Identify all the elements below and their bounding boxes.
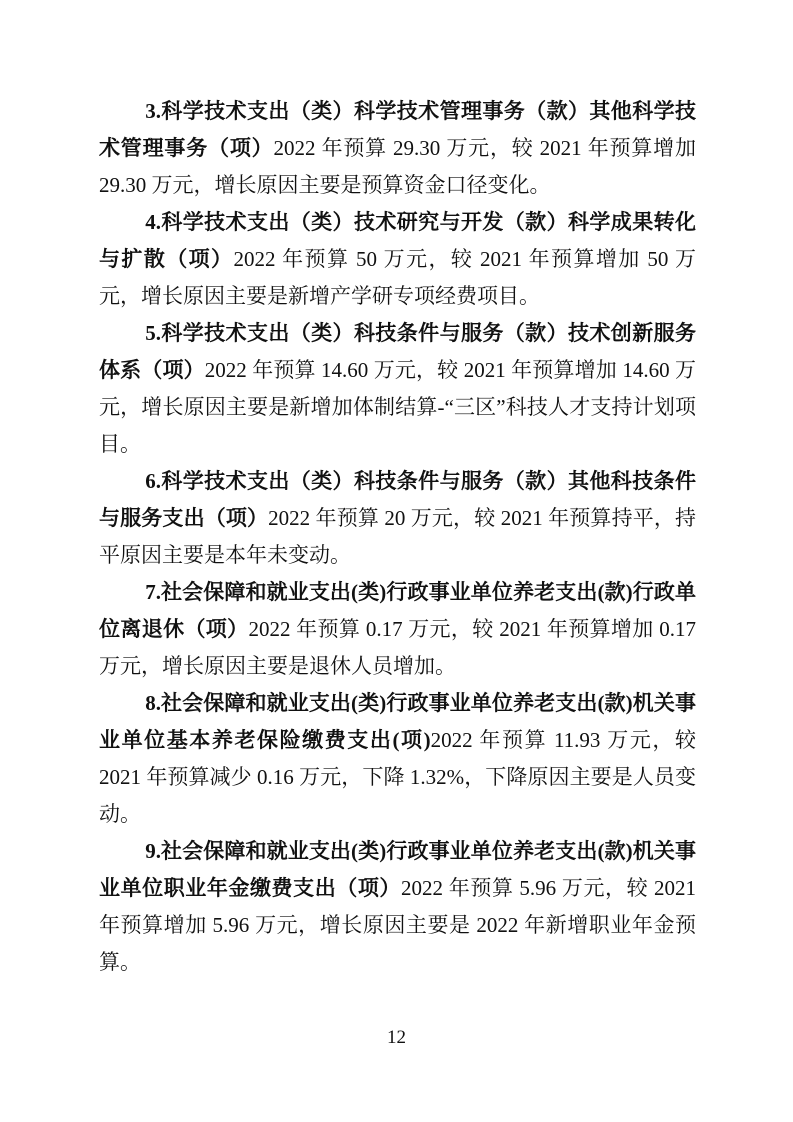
budget-paragraph: 3.科学技术支出（类）科学技术管理事务（款）其他科学技术管理事务（项）2022 … xyxy=(99,93,696,204)
budget-paragraph: 6.科学技术支出（类）科技条件与服务（款）其他科技条件与服务支出（项）2022 … xyxy=(99,463,696,574)
budget-paragraph: 4.科学技术支出（类）技术研究与开发（款）科学成果转化与扩散（项）2022 年预… xyxy=(99,204,696,315)
document-body: 3.科学技术支出（类）科学技术管理事务（款）其他科学技术管理事务（项）2022 … xyxy=(99,93,696,981)
budget-paragraph: 8.社会保障和就业支出(类)行政事业单位养老支出(款)机关事业单位基本养老保险缴… xyxy=(99,685,696,833)
page-number: 12 xyxy=(0,1024,793,1052)
budget-paragraph: 5.科学技术支出（类）科技条件与服务（款）技术创新服务体系（项）2022 年预算… xyxy=(99,315,696,463)
budget-paragraph: 7.社会保障和就业支出(类)行政事业单位养老支出(款)行政单位离退休（项）202… xyxy=(99,574,696,685)
document-page: 3.科学技术支出（类）科学技术管理事务（款）其他科学技术管理事务（项）2022 … xyxy=(0,0,793,1122)
budget-paragraph: 9.社会保障和就业支出(类)行政事业单位养老支出(款)机关事业单位职业年金缴费支… xyxy=(99,833,696,981)
